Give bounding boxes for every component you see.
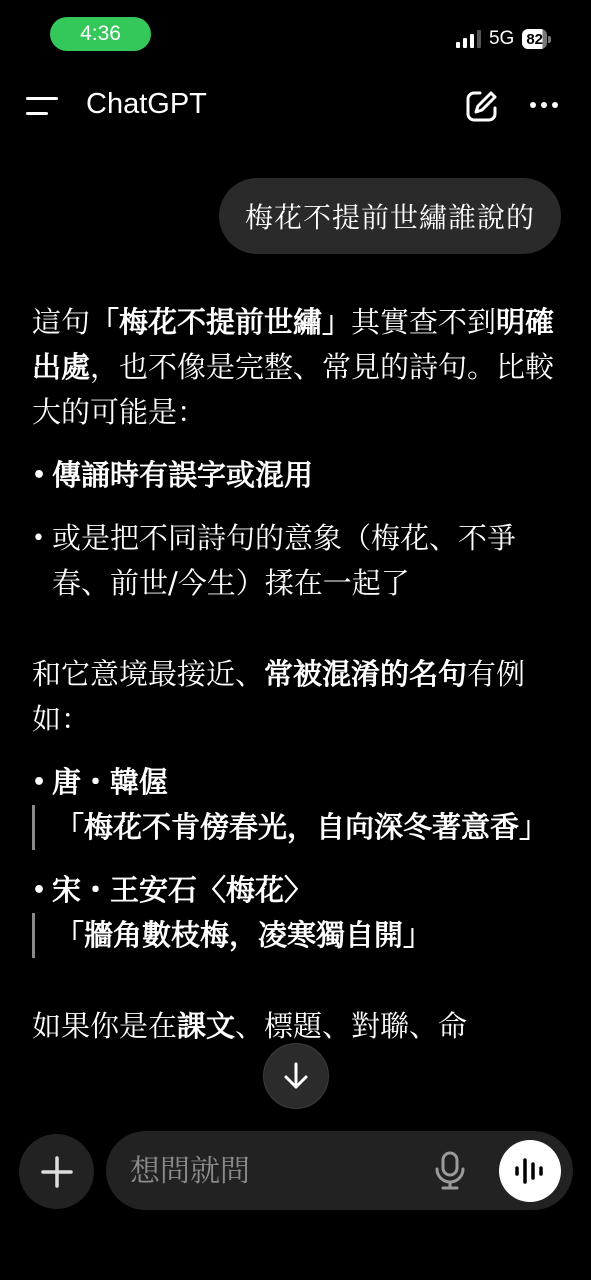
example-source: 唐・韓偓	[52, 765, 168, 799]
microphone-button[interactable]	[432, 1151, 468, 1191]
more-dots-icon[interactable]	[530, 102, 558, 108]
example-item: 宋・王安石〈梅花〉 「牆角數枝梅，凌寒獨自開」	[32, 868, 562, 958]
plus-icon	[40, 1155, 74, 1189]
app-header: ChatGPT	[0, 76, 591, 136]
example-quote: 「牆角數枝梅，凌寒獨自開」	[32, 913, 562, 958]
assistant-intro: 這句「梅花不提前世繡」其實查不到明確出處，也不像是完整、常見的詩句。比較大的可能…	[32, 300, 562, 435]
voice-waveform-icon	[513, 1156, 547, 1186]
battery-level: 82	[522, 29, 547, 49]
user-message-text: 梅花不提前世繡誰說的	[245, 196, 535, 236]
message-input[interactable]	[130, 1151, 420, 1191]
user-message-bubble: 梅花不提前世繡誰說的	[219, 178, 561, 254]
example-quote: 「梅花不肯傍春光，自向深冬著意香」	[32, 805, 562, 850]
network-type: 5G	[489, 28, 514, 50]
voice-mode-button[interactable]	[499, 1140, 561, 1202]
status-bar: 4:36 5G 82	[0, 0, 591, 66]
assistant-paragraph-2: 和它意境最接近、常被混淆的名句有例如：	[32, 652, 562, 742]
scroll-to-bottom-button[interactable]	[263, 1043, 329, 1109]
battery-icon: 82	[522, 29, 551, 49]
new-chat-edit-icon[interactable]	[464, 88, 500, 124]
cellular-signal-icon	[456, 30, 481, 48]
status-indicators: 5G 82	[456, 28, 551, 50]
message-composer	[106, 1131, 573, 1210]
app-title: ChatGPT	[86, 88, 207, 121]
example-source: 宋・王安石〈梅花〉	[52, 873, 313, 907]
status-time: 4:36	[50, 17, 151, 51]
arrow-down-icon	[282, 1061, 310, 1091]
menu-icon[interactable]	[26, 94, 60, 118]
list-item: 或是把不同詩句的意象（梅花、不爭春、前世/今生）揉在一起了	[32, 516, 562, 606]
microphone-icon	[432, 1151, 468, 1191]
example-item: 唐・韓偓 「梅花不肯傍春光，自向深冬著意香」	[32, 760, 562, 850]
attach-plus-button[interactable]	[19, 1134, 94, 1209]
list-item: 傳誦時有誤字或混用	[32, 453, 562, 498]
assistant-message: 這句「梅花不提前世繡」其實查不到明確出處，也不像是完整、常見的詩句。比較大的可能…	[32, 300, 562, 1067]
